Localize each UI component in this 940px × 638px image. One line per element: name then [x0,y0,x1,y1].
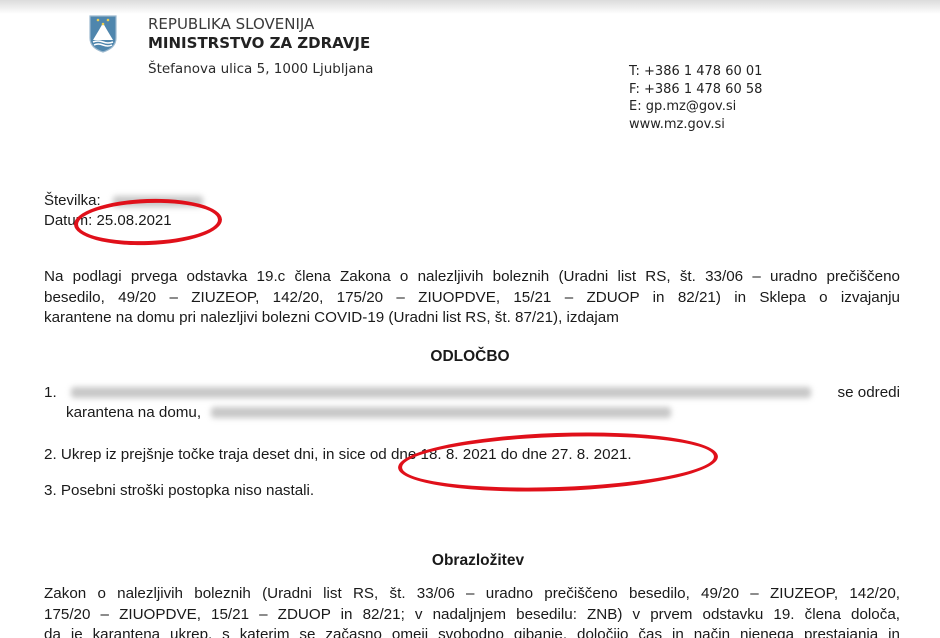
redacted-address [211,407,671,418]
decision-item-3: 3. Posebni stroški postopka niso nastali… [44,482,314,499]
reasoning-line: da je karantena ukrep, s katerim se zača… [44,625,900,638]
reasoning-title: Obrazložitev [8,552,940,570]
reasoning-line: Zakon o nalezljivih boleznih (Uradni lis… [44,584,900,605]
item1-line2-text: karantena na domu, [66,404,201,421]
contact-block: T: +386 1 478 60 01 F: +386 1 478 60 58 … [629,63,762,133]
redacted-name [71,387,811,398]
item-number: 1. [44,384,57,401]
document-number-label: Številka: [44,192,101,209]
decision-item-1: 1. se odredi [44,384,900,401]
intro-line: karantene na domu pri nalezljivi bolezni… [44,308,900,329]
intro-line: besedilo, 49/20 – ZIUZEOP, 142/20, 175/2… [44,288,900,309]
item1-suffix: se odredi [838,384,900,401]
website: www.mz.gov.si [629,116,762,134]
reasoning-line: 175/20 – ZIUOPDVE, 15/21 – ZDUOP in 82/2… [44,605,900,626]
email: E: gp.mz@gov.si [629,98,762,116]
phone: T: +386 1 478 60 01 [629,63,762,81]
intro-line: Na podlagi prvega odstavka 19.c člena Za… [44,267,900,288]
decision-item-1-line2: karantena na domu, [66,404,671,421]
republic-name: REPUBLIKA SLOVENIJA [148,15,314,33]
ministry-name: MINISTRSTVO ZA ZDRAVJE [148,34,370,52]
scan-shadow [0,0,940,14]
reasoning-paragraph: Zakon o nalezljivih boleznih (Uradni lis… [44,584,900,638]
decision-title: ODLOČBO [0,348,940,366]
slovenia-coat-of-arms-icon [88,14,118,54]
item2-text: 2. Ukrep iz prejšnje točke traja deset d… [44,446,366,463]
intro-paragraph: Na podlagi prvega odstavka 19.c člena Za… [44,267,900,329]
period-highlight-circle [397,427,719,496]
ministry-address: Štefanova ulica 5, 1000 Ljubljana [148,61,373,77]
fax: F: +386 1 478 60 58 [629,81,762,99]
